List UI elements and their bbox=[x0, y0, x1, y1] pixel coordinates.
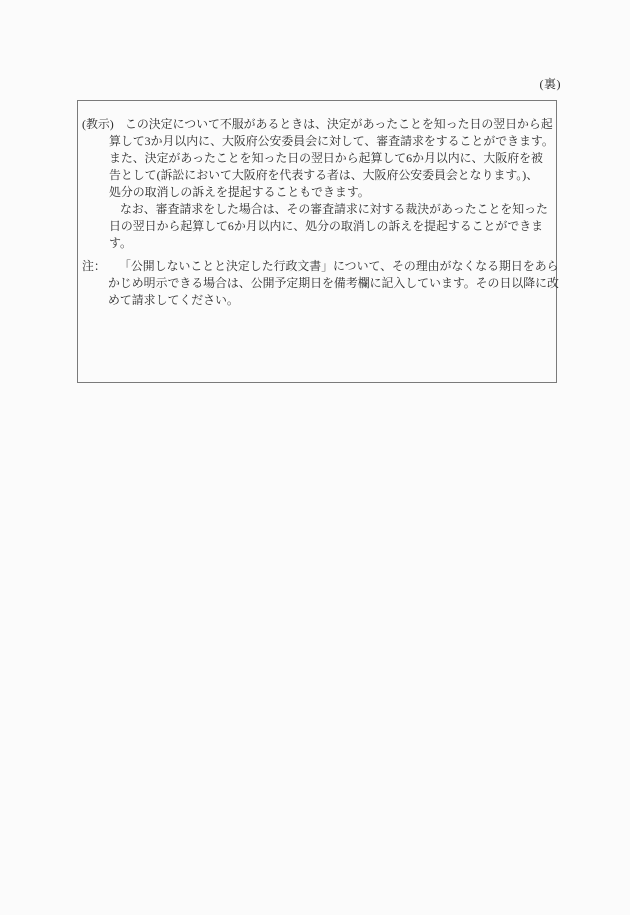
kyoji-line-2: 算して3か月以内に、大阪府公安委員会に対して、審査請求をすることができます。 bbox=[82, 133, 552, 150]
note-line-3: めて請求してください。 bbox=[82, 292, 552, 309]
page-side-label: (裏) bbox=[540, 76, 562, 92]
kyoji-line-7: 日の翌日から起算して6か月以内に、処分の取消しの訴えを提起することができま bbox=[82, 218, 552, 235]
kyoji-line-1: この決定について不服があるときは、決定があったことを知った日の翌日から起 bbox=[82, 116, 552, 133]
document-page: { "page": { "side_label": "(裏)" }, "colo… bbox=[0, 0, 630, 915]
kyoji-line-3: また、決定があったことを知った日の翌日から起算して6か月以内に、大阪府を被 bbox=[82, 150, 552, 167]
note-label: 注： bbox=[82, 258, 106, 275]
note-line-1: 「公開しないことと決定した行政文書」について、その理由がなくなる期日をあら bbox=[82, 258, 552, 275]
kyoji-line-5: 処分の取消しの訴えを提起することもできます。 bbox=[82, 184, 552, 201]
kyoji-label: (教示) bbox=[82, 116, 114, 133]
kyoji-line-4: 告として(訴訟において大阪府を代表する者は、大阪府公安委員会となります。)、 bbox=[82, 167, 552, 184]
kyoji-line-6: なお、審査請求をした場合は、その審査請求に対する裁決があったことを知った bbox=[82, 201, 552, 218]
note-paragraph: 注： 「公開しないことと決定した行政文書」について、その理由がなくなる期日をあら… bbox=[82, 258, 552, 309]
kyoji-line-8: す。 bbox=[82, 235, 552, 252]
note-line-2: かじめ明示できる場合は、公開予定期日を備考欄に記入しています。その日以降に改 bbox=[82, 275, 552, 292]
kyoji-paragraph: (教示) この決定について不服があるときは、決定があったことを知った日の翌日から… bbox=[82, 116, 552, 252]
notice-box: (教示) この決定について不服があるときは、決定があったことを知った日の翌日から… bbox=[77, 100, 557, 383]
